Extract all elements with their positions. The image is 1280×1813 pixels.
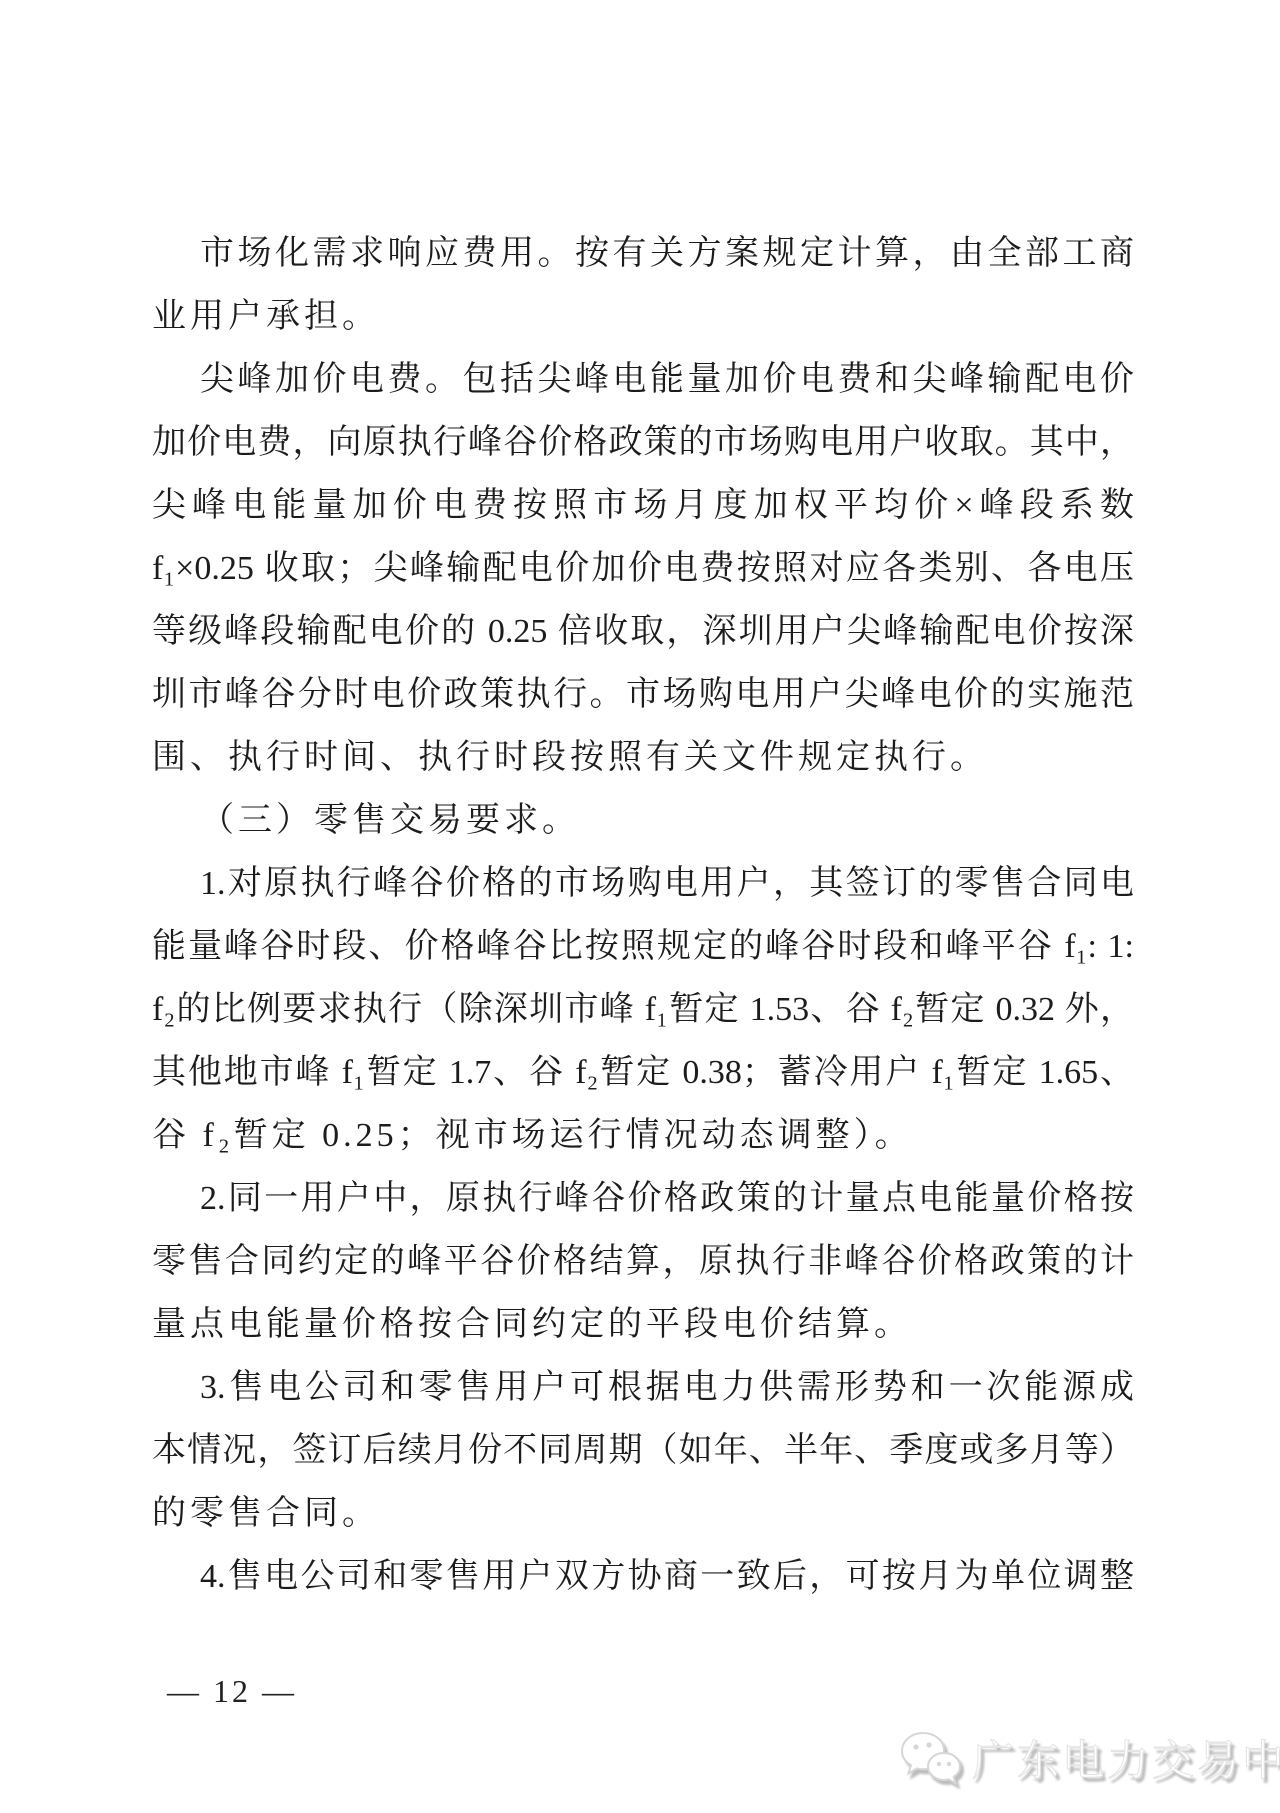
footer-watermark: 广东电力交易中心 <box>898 1728 1280 1788</box>
text-line: f₁×0.25 收取；尖峰输配电价加价电费按照对应各类别、各电压 <box>152 537 1134 600</box>
text-line: 3.售电公司和零售用户可根据电力供需形势和一次能源成 <box>152 1356 1134 1419</box>
text-line: 1.对原执行峰谷价格的市场购电用户，其签订的零售合同电 <box>152 852 1134 915</box>
section-heading: （三）零售交易要求。 <box>152 789 1134 852</box>
text-line: 其他地市峰 f₁暂定 1.7、谷 f₂暂定 0.38；蓄冷用户 f₁暂定 1.6… <box>152 1041 1134 1104</box>
text-line: 业用户承担。 <box>152 285 1134 348</box>
text-line: 围、执行时间、执行时段按照有关文件规定执行。 <box>152 726 1134 789</box>
wechat-icon <box>898 1729 962 1787</box>
text-line: 的零售合同。 <box>152 1482 1134 1545</box>
text-line: f₂的比例要求执行（除深圳市峰 f₁暂定 1.53、谷 f₂暂定 0.32 外， <box>152 978 1134 1041</box>
document-page: 市场化需求响应费用。按有关方案规定计算，由全部工商 业用户承担。 尖峰加价电费。… <box>0 0 1280 1813</box>
text-line: 谷 f₂暂定 0.25；视市场运行情况动态调整）。 <box>152 1104 1134 1167</box>
footer-logo-text: 广东电力交易中心 <box>972 1728 1280 1788</box>
document-body: 市场化需求响应费用。按有关方案规定计算，由全部工商 业用户承担。 尖峰加价电费。… <box>152 222 1134 1608</box>
text-line: 尖峰加价电费。包括尖峰电能量加价电费和尖峰输配电价 <box>152 348 1134 411</box>
text-line: 圳市峰谷分时电价政策执行。市场购电用户尖峰电价的实施范 <box>152 663 1134 726</box>
text-line: 等级峰段输配电价的 0.25 倍收取，深圳用户尖峰输配电价按深 <box>152 600 1134 663</box>
text-line: 能量峰谷时段、价格峰谷比按照规定的峰谷时段和峰平谷 f₁: 1: <box>152 915 1134 978</box>
text-line: 本情况，签订后续月份不同周期（如年、半年、季度或多月等） <box>152 1419 1134 1482</box>
text-line: 加价电费，向原执行峰谷价格政策的市场购电用户收取。其中， <box>152 411 1134 474</box>
page-number: — 12 — <box>167 1673 297 1710</box>
text-line: 量点电能量价格按合同约定的平段电价结算。 <box>152 1293 1134 1356</box>
text-line: 市场化需求响应费用。按有关方案规定计算，由全部工商 <box>152 222 1134 285</box>
text-line: 尖峰电能量加价电费按照市场月度加权平均价×峰段系数 <box>152 474 1134 537</box>
text-line: 4.售电公司和零售用户双方协商一致后，可按月为单位调整 <box>152 1545 1134 1608</box>
text-line: 零售合同约定的峰平谷价格结算，原执行非峰谷价格政策的计 <box>152 1230 1134 1293</box>
text-line: 2.同一用户中，原执行峰谷价格政策的计量点电能量价格按 <box>152 1167 1134 1230</box>
